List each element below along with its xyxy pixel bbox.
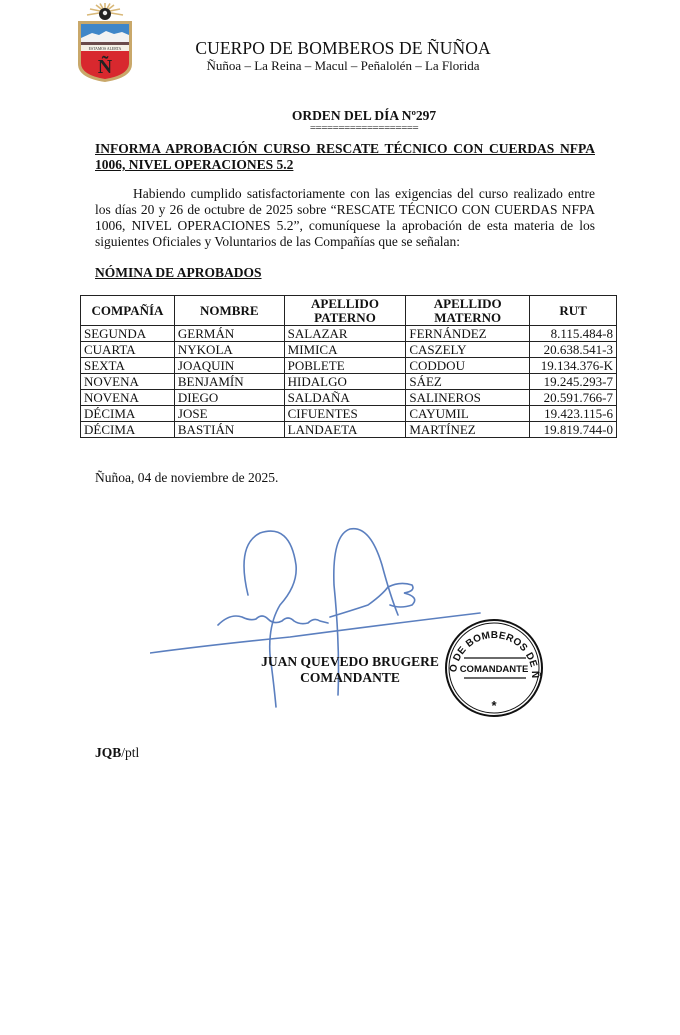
svg-text:ESTAMOS ALERTA: ESTAMOS ALERTA bbox=[89, 47, 122, 51]
cell-name: GERMÁN bbox=[174, 326, 284, 342]
table-row: DÉCIMAJOSECIFUENTESCAYUMIL19.423.115-6 bbox=[81, 406, 617, 422]
cell-rut: 8.115.484-8 bbox=[530, 326, 617, 342]
header-name: NOMBRE bbox=[174, 296, 284, 326]
cell-rut: 19.134.376-K bbox=[530, 358, 617, 374]
cell-company: DÉCIMA bbox=[81, 406, 175, 422]
order-title-rule: =================== bbox=[80, 122, 648, 134]
cell-maternal-surname: FERNÁNDEZ bbox=[406, 326, 530, 342]
svg-text:COMANDANTE: COMANDANTE bbox=[460, 664, 529, 675]
cell-paternal-surname: CIFUENTES bbox=[284, 406, 406, 422]
subject-heading: INFORMA APROBACIÓN CURSO RESCATE TÉCNICO… bbox=[95, 141, 595, 173]
cell-paternal-surname: MIMICA bbox=[284, 342, 406, 358]
cell-maternal-surname: SÁEZ bbox=[406, 374, 530, 390]
table-row: NOVENABENJAMÍNHIDALGOSÁEZ19.245.293-7 bbox=[81, 374, 617, 390]
cell-maternal-surname: MARTÍNEZ bbox=[406, 422, 530, 438]
cell-paternal-surname: HIDALGO bbox=[284, 374, 406, 390]
cell-rut: 19.819.744-0 bbox=[530, 422, 617, 438]
table-header-row: COMPAÑÍA NOMBRE APELLIDO PATERNO APELLID… bbox=[81, 296, 617, 326]
cell-paternal-surname: SALAZAR bbox=[284, 326, 406, 342]
cell-maternal-surname: CAYUMIL bbox=[406, 406, 530, 422]
header-company: COMPAÑÍA bbox=[81, 296, 175, 326]
table-row: SEGUNDAGERMÁNSALAZARFERNÁNDEZ8.115.484-8 bbox=[81, 326, 617, 342]
cell-company: SEGUNDA bbox=[81, 326, 175, 342]
place-date: Ñuñoa, 04 de noviembre de 2025. bbox=[95, 470, 278, 486]
svg-text:*: * bbox=[491, 698, 497, 713]
cell-rut: 20.638.541-3 bbox=[530, 342, 617, 358]
cell-company: NOVENA bbox=[81, 390, 175, 406]
table-row: CUARTANYKOLAMIMICACASZELY20.638.541-3 bbox=[81, 342, 617, 358]
cell-company: DÉCIMA bbox=[81, 422, 175, 438]
cell-name: DIEGO bbox=[174, 390, 284, 406]
table-row: NOVENADIEGOSALDAÑASALINEROS20.591.766-7 bbox=[81, 390, 617, 406]
communes-subtitle: Ñuñoa – La Reina – Macul – Peñalolén – L… bbox=[150, 58, 536, 74]
cell-maternal-surname: CASZELY bbox=[406, 342, 530, 358]
cell-name: BENJAMÍN bbox=[174, 374, 284, 390]
cell-company: CUARTA bbox=[81, 342, 175, 358]
reference-initials: JQB/ptl bbox=[95, 745, 139, 761]
approved-list-table: COMPAÑÍA NOMBRE APELLIDO PATERNO APELLID… bbox=[80, 295, 617, 438]
table-row: SEXTAJOAQUINPOBLETECODDOU19.134.376-K bbox=[81, 358, 617, 374]
svg-text:Ñ: Ñ bbox=[98, 55, 113, 78]
official-seal-icon: CUERPO DE BOMBEROS DE ÑUÑOA COMANDANTE * bbox=[442, 618, 546, 718]
header-maternal-surname: APELLIDO MATERNO bbox=[406, 296, 530, 326]
list-heading: NÓMINA DE APROBADOS bbox=[95, 265, 262, 281]
cell-company: SEXTA bbox=[81, 358, 175, 374]
cell-company: NOVENA bbox=[81, 374, 175, 390]
organization-name: CUERPO DE BOMBEROS DE ÑUÑOA bbox=[150, 38, 536, 59]
cell-maternal-surname: SALINEROS bbox=[406, 390, 530, 406]
cell-name: JOAQUIN bbox=[174, 358, 284, 374]
coat-of-arms-icon: ESTAMOS ALERTA Ñ bbox=[74, 2, 136, 84]
cell-paternal-surname: POBLETE bbox=[284, 358, 406, 374]
cell-maternal-surname: CODDOU bbox=[406, 358, 530, 374]
cell-rut: 19.423.115-6 bbox=[530, 406, 617, 422]
cell-paternal-surname: LANDAETA bbox=[284, 422, 406, 438]
cell-rut: 20.591.766-7 bbox=[530, 390, 617, 406]
cell-rut: 19.245.293-7 bbox=[530, 374, 617, 390]
handwritten-signature-icon bbox=[150, 525, 490, 720]
cell-name: BASTIÁN bbox=[174, 422, 284, 438]
cell-name: JOSE bbox=[174, 406, 284, 422]
table-row: DÉCIMABASTIÁNLANDAETAMARTÍNEZ19.819.744-… bbox=[81, 422, 617, 438]
cell-paternal-surname: SALDAÑA bbox=[284, 390, 406, 406]
initials-typist: /ptl bbox=[121, 745, 139, 760]
cell-name: NYKOLA bbox=[174, 342, 284, 358]
header-paternal-surname: APELLIDO PATERNO bbox=[284, 296, 406, 326]
body-paragraph: Habiendo cumplido satisfactoriamente con… bbox=[95, 186, 595, 250]
initials-author: JQB bbox=[95, 745, 121, 760]
header-rut: RUT bbox=[530, 296, 617, 326]
